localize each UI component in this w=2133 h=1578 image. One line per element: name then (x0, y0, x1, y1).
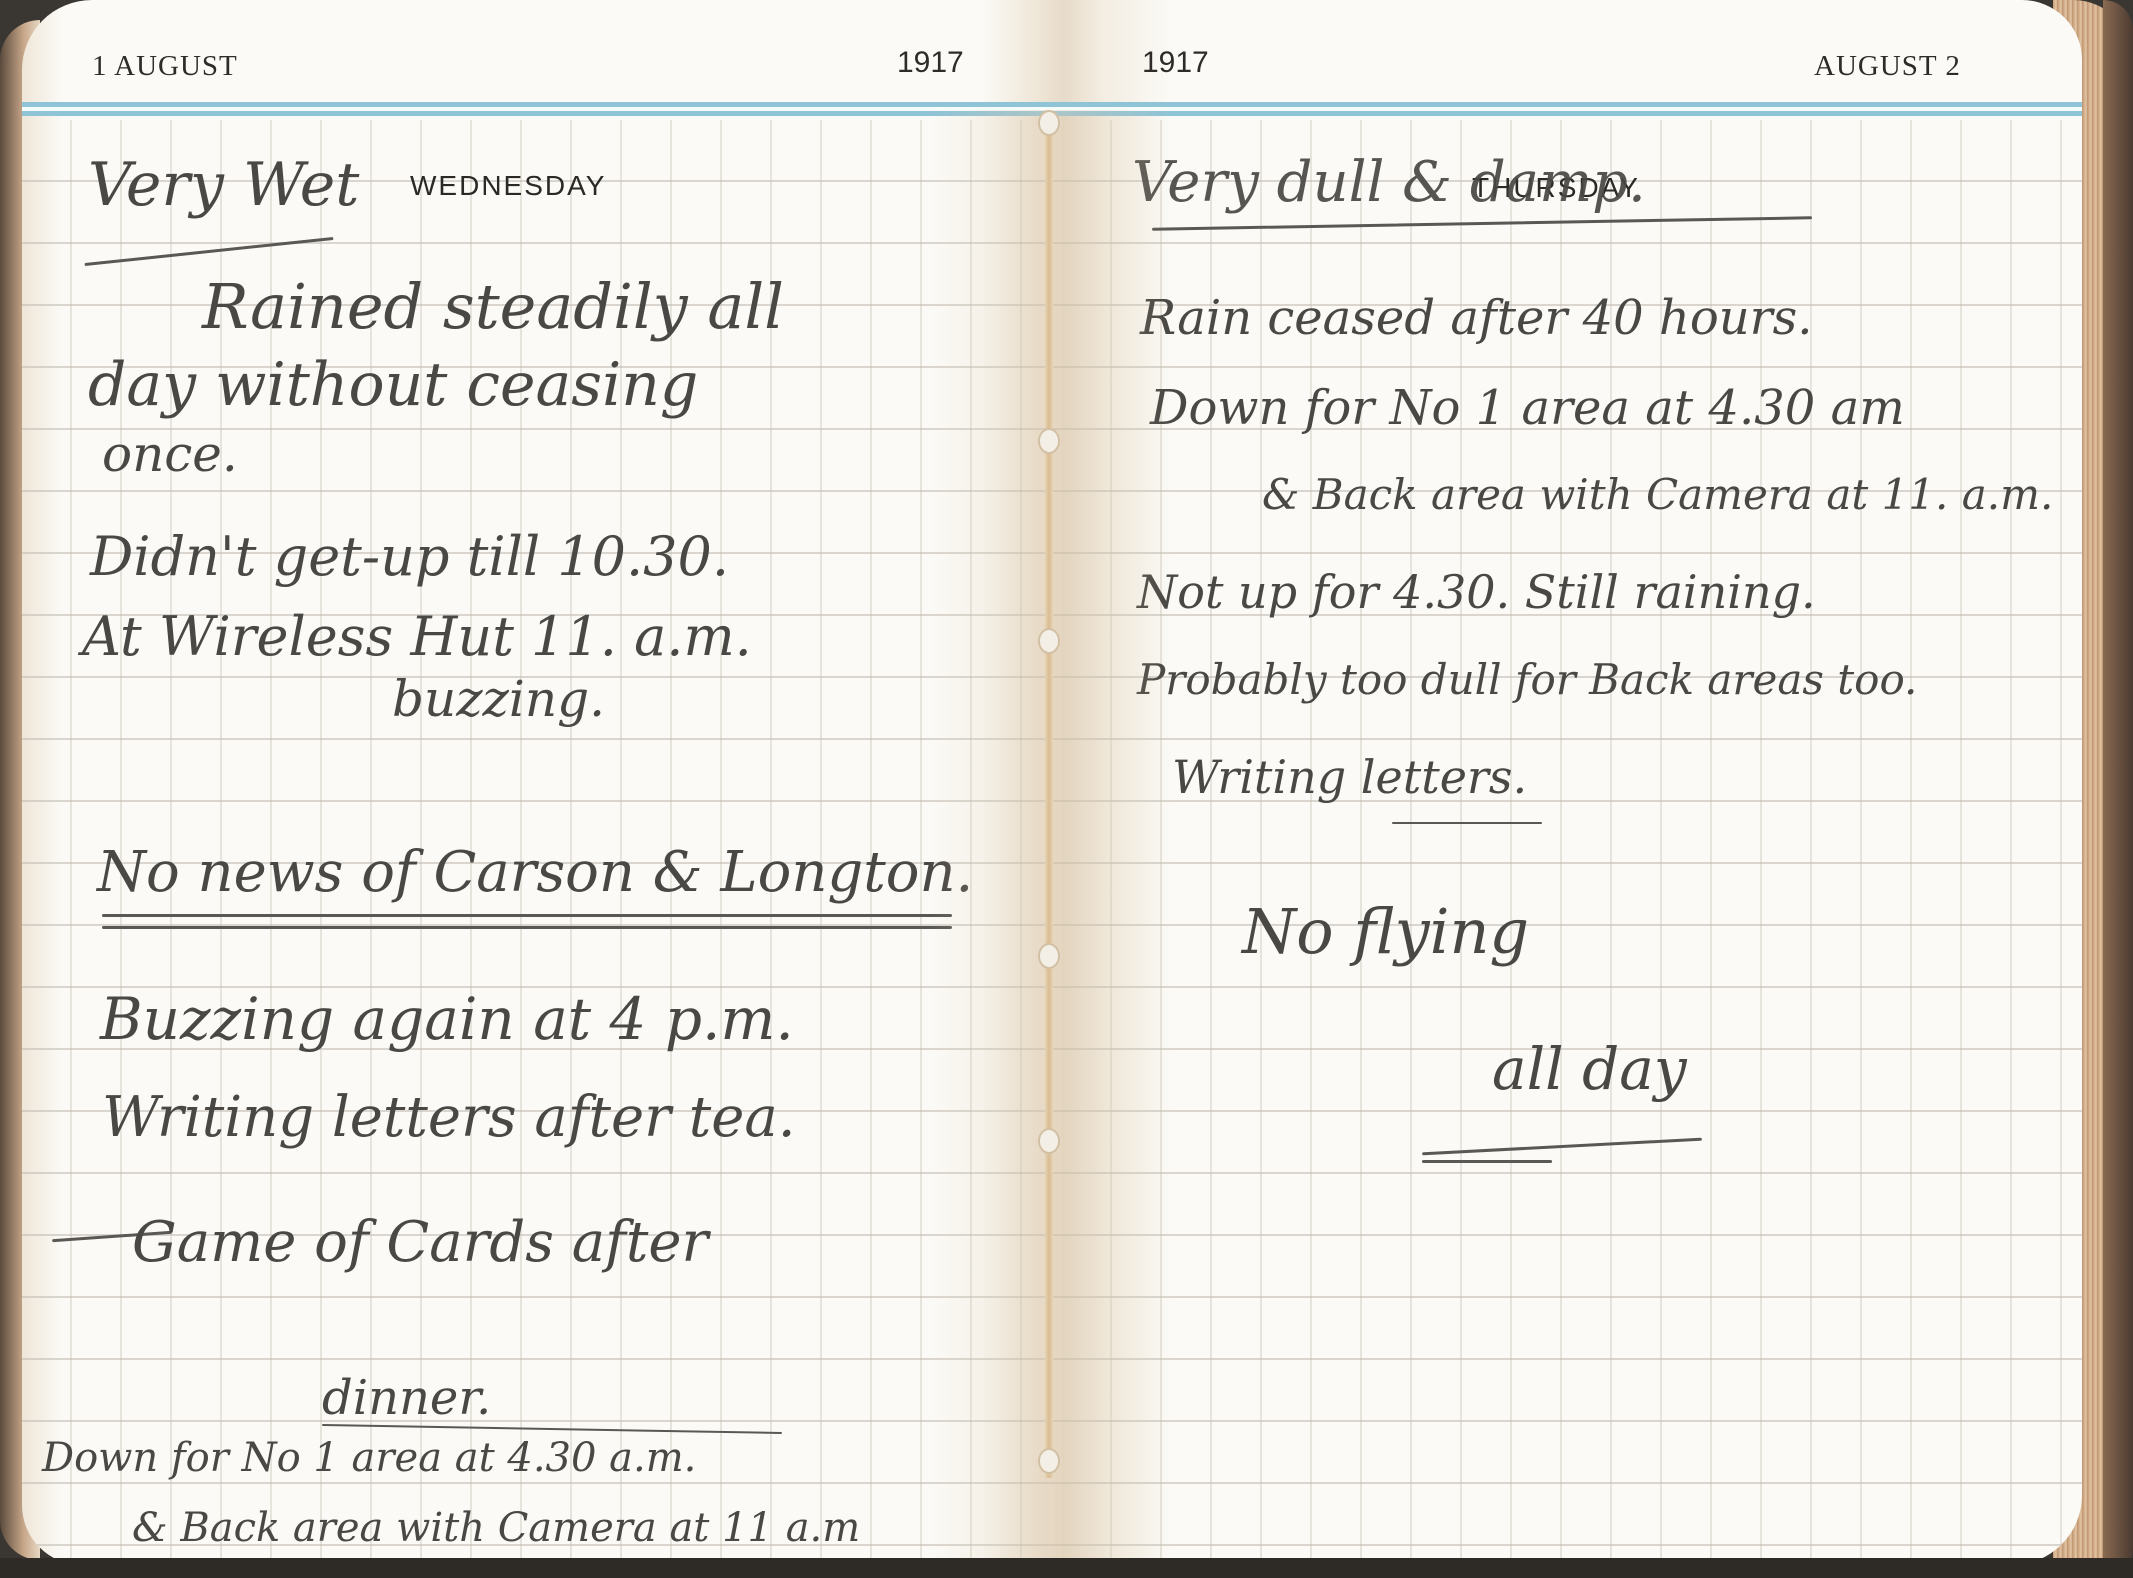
underline (1422, 1160, 1552, 1163)
entry-line: Rained steadily all (202, 270, 784, 343)
cover-edge (2103, 0, 2133, 1578)
entry-line: At Wireless Hut 11. a.m. (82, 605, 752, 668)
left-header-date: 1 AUGUST (92, 50, 238, 83)
binding-stitch (1040, 112, 1058, 134)
entry-line: buzzing. (392, 670, 605, 728)
entry-line: No flying (1242, 895, 1529, 968)
binding-stitch (1040, 1130, 1058, 1152)
left-header-year: 1917 (897, 46, 964, 80)
right-page: 1917 AUGUST 2 THURSDAY Very dull & damp.… (1062, 0, 2082, 1565)
entry-line: No news of Carson & Longton. (97, 840, 973, 905)
binding-stitch (1040, 430, 1058, 452)
double-underline-1 (102, 914, 952, 917)
entry-line: Writing letters. (1172, 750, 1527, 804)
entry-line: Down for No 1 area at 4.30 a.m. (42, 1435, 696, 1481)
entry-line: & Back area with Camera at 11. a.m. (1262, 470, 2053, 519)
right-header-date: AUGUST 2 (1814, 50, 1961, 83)
underline (1392, 822, 1542, 824)
entry-line: Buzzing again at 4 p.m. (100, 985, 794, 1053)
binding-stitch (1040, 1450, 1058, 1472)
entry-line: Didn't get-up till 10.30. (90, 525, 729, 588)
entry-line: Writing letters after tea. (102, 1085, 796, 1150)
left-page: 1 AUGUST 1917 WEDNESDAY Very Wet Rained … (22, 0, 1062, 1565)
entry-line: & Back area with Camera at 11 a.m (132, 1505, 860, 1551)
entry-line: Down for No 1 area at 4.30 am (1150, 380, 1905, 436)
header-rule (1062, 102, 2082, 118)
double-underline-2 (102, 926, 952, 929)
diary-spread: 1 AUGUST 1917 WEDNESDAY Very Wet Rained … (0, 0, 2133, 1578)
weather-note: Very dull & damp. (1132, 150, 1646, 215)
header-rule (22, 102, 1062, 118)
binding-thread (1045, 118, 1053, 1478)
entry-line: once. (102, 425, 238, 483)
entry-line: Game of Cards after (132, 1210, 708, 1275)
table-surface (0, 1558, 2133, 1578)
entry-line: dinner. (322, 1370, 491, 1426)
binding-stitch (1040, 630, 1058, 652)
weekday-label: WEDNESDAY (410, 170, 606, 202)
binding-stitch (1040, 945, 1058, 967)
entry-line: Probably too dull for Back areas too. (1137, 655, 1917, 704)
entry-line: day without ceasing (88, 350, 698, 420)
entry-line: Not up for 4.30. Still raining. (1137, 565, 1816, 619)
right-header-year: 1917 (1142, 46, 1209, 80)
entry-line: Rain ceased after 40 hours. (1140, 290, 1813, 346)
entry-line: all day (1492, 1035, 1687, 1103)
weather-note: Very Wet (88, 150, 359, 220)
